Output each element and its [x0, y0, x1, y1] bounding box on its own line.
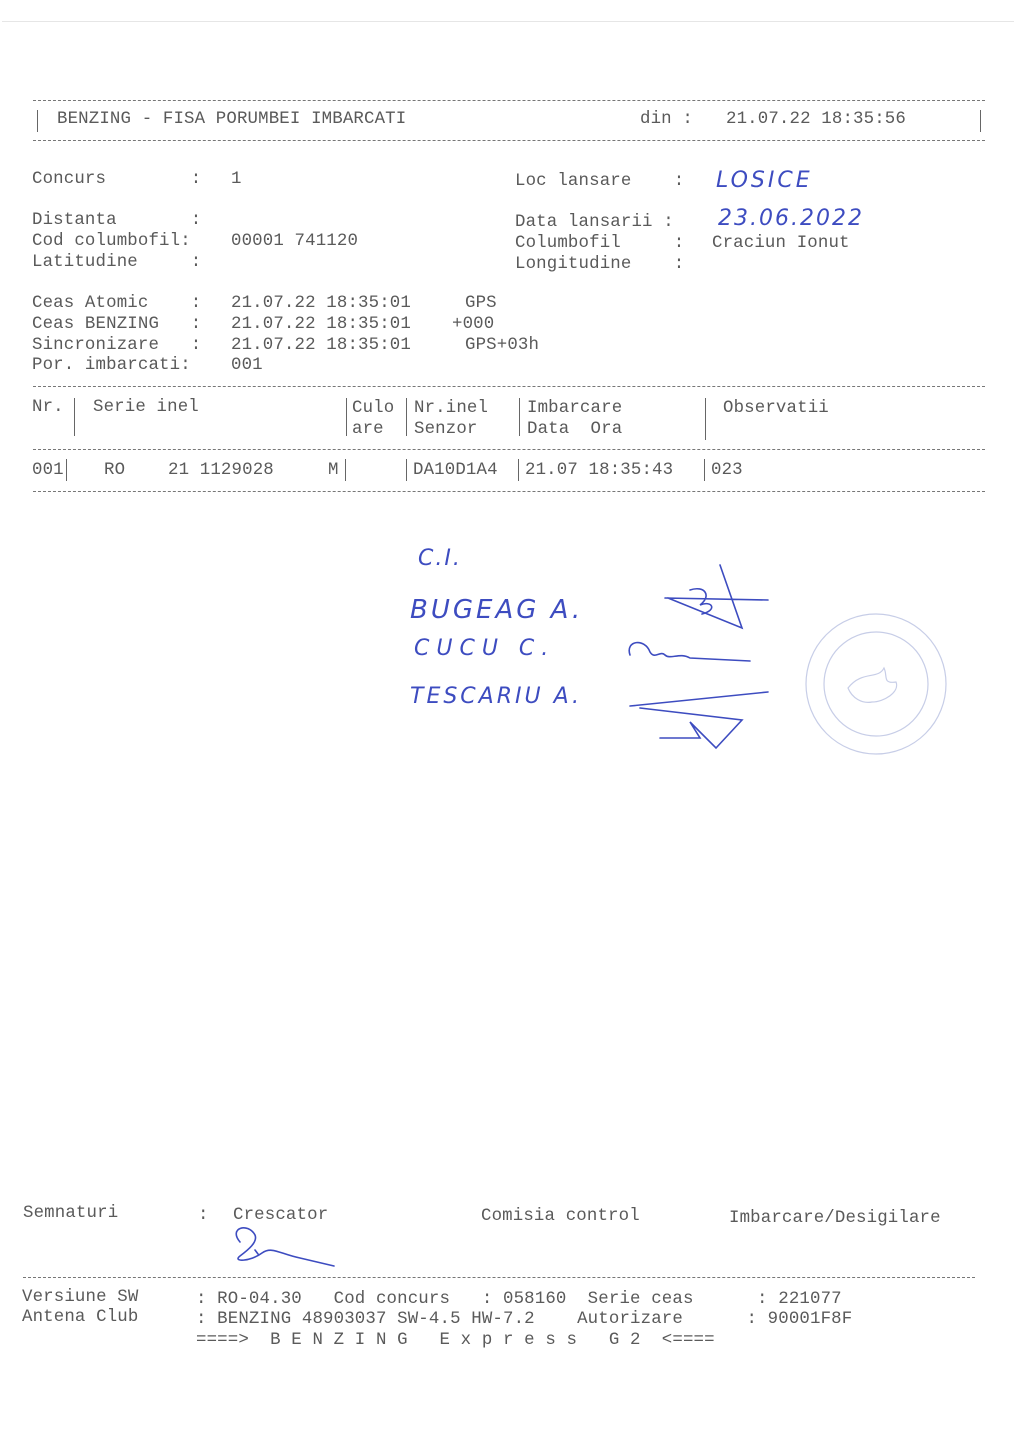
antena-club-value: : BENZING 48903037 SW-4.5 HW-7.2 Autoriz… — [196, 1310, 852, 1330]
antena-club-label: Antena Club — [22, 1308, 138, 1328]
footer-divider — [23, 1277, 975, 1278]
signature-comisia-label: Comisia control — [481, 1207, 640, 1227]
signature-imbarcare-label: Imbarcare/Desigilare — [729, 1209, 941, 1229]
club-stamp — [800, 610, 952, 758]
versiune-sw-label: Versiune SW — [22, 1288, 138, 1308]
signatures-label: Semnaturi — [23, 1204, 118, 1224]
signatures-sep: : — [198, 1206, 209, 1226]
versiune-sw-value: : RO-04.30 Cod concurs : 058160 Serie ce… — [196, 1290, 842, 1310]
footer-banner: ====> B E N Z I N G E x p r e s s G 2 <=… — [196, 1331, 715, 1351]
signature-crescator-label: Crescator — [233, 1206, 328, 1226]
